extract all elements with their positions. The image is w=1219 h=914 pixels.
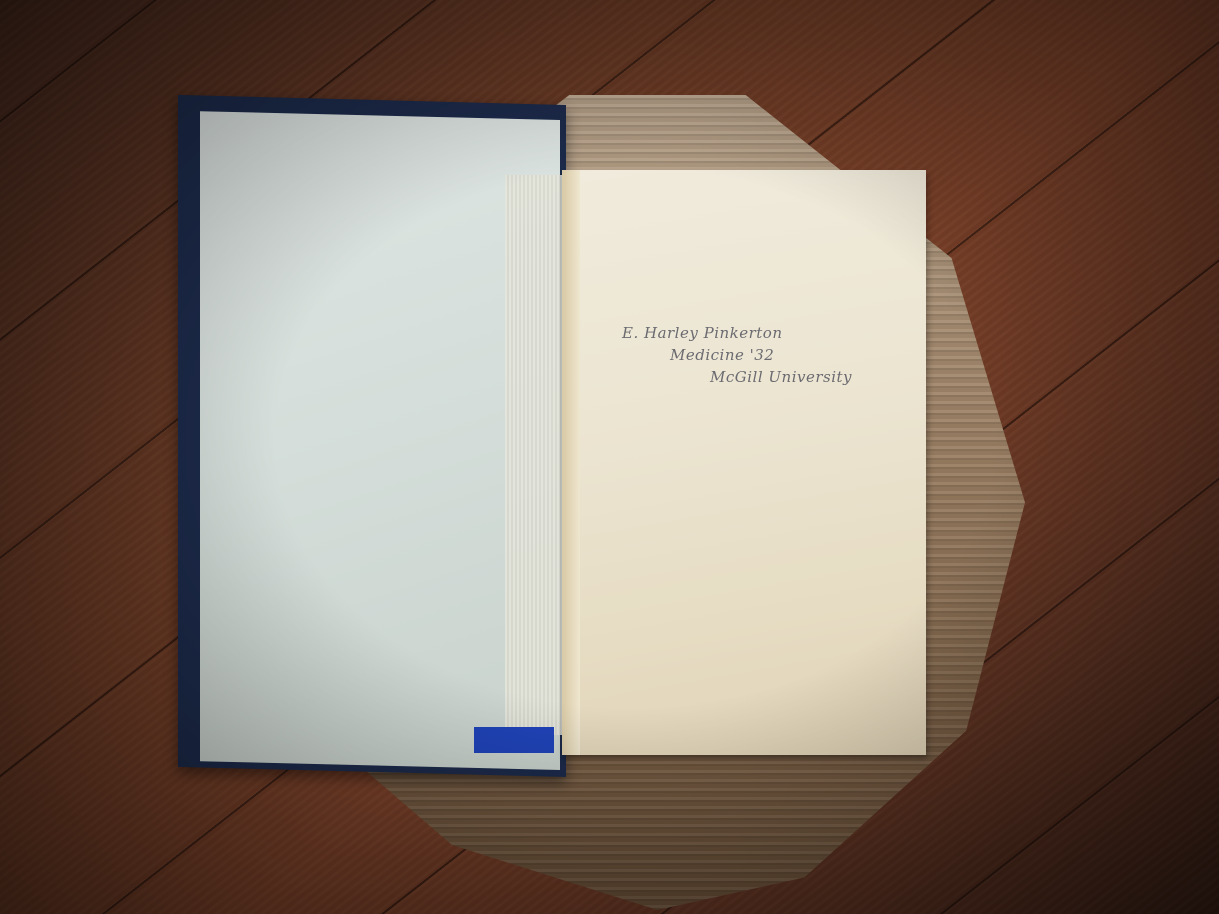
inscription-faculty: Medicine '32 bbox=[670, 344, 922, 366]
inscription-name: E. Harley Pinkerton bbox=[622, 322, 922, 344]
book-hinge-mesh bbox=[505, 175, 563, 735]
blue-label-tag bbox=[474, 727, 554, 753]
handwritten-inscription: E. Harley Pinkerton Medicine '32 McGill … bbox=[622, 322, 922, 388]
page-gutter bbox=[562, 170, 580, 755]
flyleaf-page bbox=[562, 170, 926, 755]
inscription-university: McGill University bbox=[710, 366, 922, 388]
